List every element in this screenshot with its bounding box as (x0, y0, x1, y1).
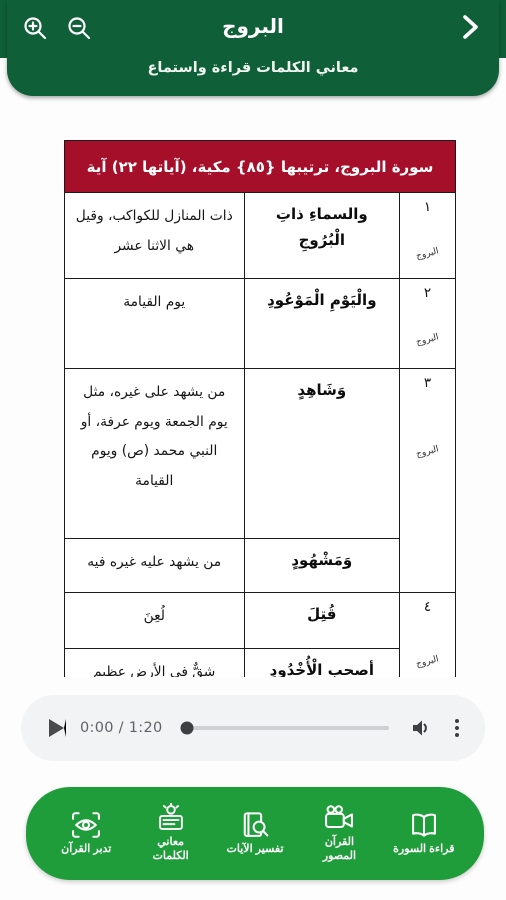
quran-word: وَشَاهِدٍ (244, 369, 400, 539)
book-magnifier-icon (238, 810, 272, 840)
table-caption-row: سورة البروج، ترتيبها {٨٥} مكية، (آياتها … (65, 141, 456, 193)
word-meanings-table-container[interactable]: سورة البروج، ترتيبها {٨٥} مكية، (آياتها … (64, 140, 456, 677)
surah-tag: البروج (404, 441, 452, 462)
header-subtitle: معاني الكلمات قراءة واستماع (7, 60, 499, 76)
verse-number: ١ (404, 199, 451, 215)
surah-tag: البروج (404, 651, 452, 672)
open-book-icon (407, 810, 441, 840)
audio-player: 0:00 / 1:20 (21, 695, 485, 761)
nav-item-quran-video[interactable]: القرآن المصور (300, 803, 378, 864)
nav-label: معاني الكلمات (139, 836, 203, 864)
surah-tag: البروج (404, 329, 452, 350)
eye-focus-icon (69, 810, 103, 840)
more-options-button[interactable] (449, 715, 465, 741)
table-row: أصحب الْأُخْدُودِ شِقٌّ في الأرضِ عظيم (65, 649, 456, 678)
quran-word: أصحب الْأُخْدُودِ (244, 649, 400, 678)
nav-item-word-meanings[interactable]: معاني الكلمات (132, 803, 210, 864)
nav-label: قراءة السورة (392, 843, 456, 857)
nav-item-read-surah[interactable]: قراءة السورة (385, 810, 463, 857)
audio-time: 0:00 / 1:20 (80, 720, 163, 736)
word-meaning: لُعِنَ (65, 593, 245, 649)
word-meaning: من يشهد عليه غيره فيه (65, 539, 245, 593)
bottom-navigation: قراءة السورة القرآن المصور تفسير الآيات (26, 787, 484, 880)
nav-item-tafsir-verses[interactable]: تفسير الآيات (216, 810, 294, 857)
nav-label: تفسير الآيات (223, 843, 287, 857)
seek-slider[interactable] (181, 721, 389, 735)
word-meaning: شِقٌّ في الأرضِ عظيم (65, 649, 245, 678)
word-meaning: يوم القيامة (65, 279, 245, 369)
video-camera-icon (322, 803, 356, 833)
table-row: ٤ البروج قُتِلَ لُعِنَ (65, 593, 456, 649)
word-meaning: ذات المنازل للكواكب، وقيل هي الاثنا عشر (65, 193, 245, 279)
seek-track (181, 726, 389, 730)
card-lightbulb-icon (154, 803, 188, 833)
zoom-out-button[interactable] (63, 12, 97, 46)
verse-number-cell: ١ البروج (400, 193, 456, 279)
nav-item-tadabbur-quran[interactable]: تدبر القرآن (47, 810, 125, 857)
nav-label: تدبر القرآن (54, 843, 118, 857)
table-row: ٢ البروج والْيَوْمِ الْمَوْعُودِ يوم الق… (65, 279, 456, 369)
kebab-icon (455, 719, 459, 723)
quran-word: والْيَوْمِ الْمَوْعُودِ (244, 279, 400, 369)
surah-tag: البروج (404, 243, 452, 264)
word-meaning: من يشهد على غيره، مثل يوم الجمعة ويوم عر… (65, 369, 245, 539)
zoom-out-icon (65, 32, 95, 47)
header-panel: البروج (7, 0, 499, 96)
verse-number-cell: ٢ البروج (400, 279, 456, 369)
surah-info-caption: سورة البروج، ترتيبها {٨٥} مكية، (آياتها … (65, 141, 456, 193)
zoom-in-icon (21, 32, 51, 47)
volume-button[interactable] (407, 714, 435, 742)
word-meanings-table: سورة البروج، ترتيبها {٨٥} مكية، (آياتها … (64, 140, 456, 677)
zoom-in-button[interactable] (19, 12, 53, 46)
header-top-row: البروج (7, 0, 499, 54)
speaker-icon (409, 728, 433, 743)
verse-number: ٢ (404, 285, 451, 301)
zoom-controls (19, 12, 97, 46)
quran-word: وَمَشْهُودٍ (244, 539, 400, 593)
verse-number: ٤ (404, 599, 451, 615)
verse-number: ٣ (404, 375, 451, 391)
verse-number-cell: ٣ البروج (400, 369, 456, 593)
quran-word: قُتِلَ (244, 593, 400, 649)
table-row: ٣ البروج وَشَاهِدٍ من يشهد على غيره، مثل… (65, 369, 456, 539)
table-row: وَمَشْهُودٍ من يشهد عليه غيره فيه (65, 539, 456, 593)
verse-number-cell: ٤ البروج (400, 593, 456, 678)
seek-thumb[interactable] (180, 722, 193, 735)
table-row: ١ البروج والسماءِ ذاتِ الْبُرُوجِ ذات ال… (65, 193, 456, 279)
nav-label: القرآن المصور (307, 836, 371, 864)
quran-word: والسماءِ ذاتِ الْبُرُوجِ (244, 193, 400, 279)
play-button[interactable] (49, 719, 66, 737)
app-header: البروج (0, 0, 506, 100)
